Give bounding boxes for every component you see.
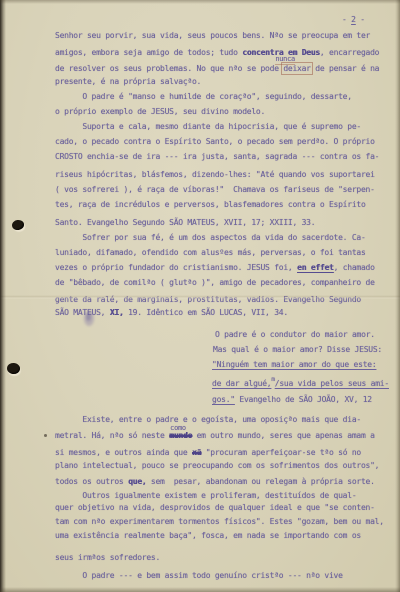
text-segment: uma existência realmente baça", fosca, e…: [55, 531, 361, 540]
text-segment: si mesmos, e outros ainda que: [55, 448, 192, 457]
text-segment: sem pesar, abandonam ou relegam à própri…: [146, 477, 374, 486]
text-segment: CROSTO enchia-se de ira --- ira justa, s…: [55, 152, 379, 161]
text-segment: mundocomo: [169, 431, 192, 440]
inserted-correction: como: [170, 423, 186, 433]
text-line: si mesmos, e outros ainda que xã "procur…: [55, 448, 361, 458]
text-line: o próprio exemplo de JESUS, seu divino m…: [55, 107, 265, 117]
text-line: tes, raça de incrédulos e perversos, bla…: [55, 200, 366, 210]
text-line: de resolver os seus problemas. No que nª…: [55, 64, 379, 74]
text-segment: metral. Há, nªo só neste: [55, 431, 169, 440]
text-segment: cado, o pecado contra o Espírito Santo, …: [55, 137, 375, 146]
text-segment: en effet: [297, 263, 334, 272]
text-line: O padre é "manso e humilde de coraçªo", …: [55, 92, 352, 102]
text-line: tam com nªo experimentarem tormentos fís…: [55, 517, 384, 527]
text-segment: Evangelho de SÃO JOÃO, XV, 12: [235, 395, 372, 404]
text-line: luniado, difamado, ofendido com alusºes …: [55, 248, 366, 258]
text-line: gente da ralé, de marginais, prostitutas…: [55, 295, 361, 305]
text-line: CROSTO enchia-se de ira --- ira justa, s…: [55, 152, 379, 162]
text-line: seus irmªos sofredores.: [55, 553, 160, 563]
text-line: uma existência realmente baça", fosca, e…: [55, 531, 361, 541]
text-segment: Mas qual é o maior amor? Disse JESUS:: [213, 345, 382, 354]
text-segment: O padre é "manso e humilde de coraçªo", …: [55, 92, 352, 101]
text-segment: em outro mundo, seres que apenas amam a: [192, 431, 375, 440]
text-segment: luniado, difamado, ofendido com alusºes …: [55, 248, 366, 257]
text-segment: gos.": [212, 395, 235, 404]
text-line: Suporta e cala, mesmo diante da hipocris…: [55, 122, 361, 132]
text-segment: xã: [192, 448, 201, 457]
text-line: cado, o pecado contra o Espírito Santo, …: [55, 137, 375, 147]
text-segment: tam com nªo experimentarem tormentos fís…: [55, 517, 384, 526]
text-segment: -: [356, 15, 365, 24]
text-segment: Outros igualmente existem e proliferam, …: [55, 491, 356, 500]
text-line: Mas qual é o maior amor? Disse JESUS:: [213, 345, 382, 355]
text-line: riseus hipócritas, blásfemos, dizendo-lh…: [55, 170, 375, 180]
text-line: O padre é o condutor do maior amor.: [215, 330, 375, 340]
text-segment: O padre é o condutor do maior amor.: [215, 330, 375, 339]
text-segment: , chamado: [334, 263, 375, 272]
text-segment: o próprio exemplo de JESUS, seu divino m…: [55, 107, 265, 116]
text-segment: de dar algué,: [212, 379, 271, 388]
text-layer: - 2 -Senhor seu porvir, sua vida, seus p…: [0, 0, 400, 592]
text-line: metral. Há, nªo só neste mundocomo em ou…: [55, 431, 375, 441]
page-number: - 2 -: [342, 15, 365, 25]
text-line: gos." Evangelho de SÃO JOÃO, XV, 12: [212, 395, 372, 405]
text-line: Senhor seu porvir, sua vida, seus poucos…: [55, 31, 370, 41]
text-segment: Sofrer por sua fé, é um dos aspectos da …: [55, 233, 366, 242]
text-line: de dar algué,m/sua vida pelos seus ami-: [212, 375, 389, 389]
pencil-speck: [44, 434, 47, 437]
text-segment: quer objetivo na vida, desprovidos de qu…: [55, 503, 375, 512]
text-segment: , encarregado: [320, 48, 379, 57]
text-line: de "bêbado, de comilªo ( glutªo )", amig…: [55, 278, 375, 288]
text-segment: XI,: [110, 308, 124, 317]
text-segment: Santo. Evangelho Segundo SÃO MATEUS, XVI…: [55, 218, 315, 227]
text-segment: Existe, entre o padre e o egoísta, uma o…: [55, 415, 361, 424]
text-segment: ( vos sofrerei ), é raça de víboras!" Ch…: [55, 185, 375, 194]
text-line: Outros igualmente existem e proliferam, …: [55, 491, 356, 501]
text-line: quer objetivo na vida, desprovidos de qu…: [55, 503, 375, 513]
document-page: - 2 -Senhor seu porvir, sua vida, seus p…: [0, 0, 400, 592]
inserted-correction: nunca: [275, 54, 295, 65]
text-segment: amigos, embora seja amigo de todos; tudo: [55, 48, 242, 57]
text-line: Santo. Evangelho Segundo SÃO MATEUS, XVI…: [55, 218, 315, 228]
text-segment: "Ninguém tem maior amor do que este:: [212, 360, 376, 369]
text-line: presente, é na própria salvaçªo.: [55, 77, 201, 87]
text-segment: Suporta e cala, mesmo diante da hipocris…: [55, 122, 361, 131]
text-segment: gente da ralé, de marginais, prostitutas…: [55, 295, 361, 304]
text-segment: seus irmªos sofredores.: [55, 553, 160, 562]
text-segment: SÃO MATEUS,: [55, 308, 110, 317]
text-segment: plano intelectual, pouco se preocupando …: [55, 461, 379, 470]
text-segment: "procuram aperfeiçoar-se tªo só no: [201, 448, 361, 457]
text-segment: riseus hipócritas, blásfemos, dizendo-lh…: [55, 170, 375, 179]
text-segment: de pensar é na: [311, 64, 380, 73]
text-line: O padre --- e bem assim todo genuíno cri…: [55, 571, 343, 581]
text-line: todos os outros que, sem pesar, abandona…: [55, 477, 375, 487]
ink-smudge: [84, 311, 94, 326]
text-segment: todos os outros: [55, 477, 128, 486]
text-segment: presente, é na própria salvaçªo.: [55, 77, 201, 86]
text-segment: O padre --- e bem assim todo genuíno cri…: [55, 571, 343, 580]
text-segment: tes, raça de incrédulos e perversos, bla…: [55, 200, 366, 209]
text-line: amigos, embora seja amigo de todos; tudo…: [55, 48, 379, 58]
text-line: Existe, entre o padre e o egoísta, uma o…: [55, 415, 361, 425]
text-line: Sofrer por sua fé, é um dos aspectos da …: [55, 233, 366, 243]
text-segment: Senhor seu porvir, sua vida, seus poucos…: [55, 31, 370, 40]
text-segment: -: [342, 15, 351, 24]
text-line: vezes o próprio fundador do cristianismo…: [55, 263, 375, 273]
text-segment: /sua vida pelos seus ami-: [275, 379, 389, 388]
text-segment: que,: [128, 477, 146, 486]
text-segment: de resolver os seus problemas. No que nª…: [55, 64, 283, 73]
text-line: "Ninguém tem maior amor do que este:: [212, 360, 376, 370]
text-segment: de "bêbado, de comilªo ( glutªo )", amig…: [55, 278, 375, 287]
text-line: plano intelectual, pouco se preocupando …: [55, 461, 379, 471]
text-segment: 19. Idêntico em SÃO LUCAS, VII, 34.: [124, 308, 288, 317]
corrected-word: deixarnunca: [283, 64, 310, 73]
text-line: ( vos sofrerei ), é raça de víboras!" Ch…: [55, 185, 375, 195]
text-segment: vezes o próprio fundador do cristianismo…: [55, 263, 297, 272]
